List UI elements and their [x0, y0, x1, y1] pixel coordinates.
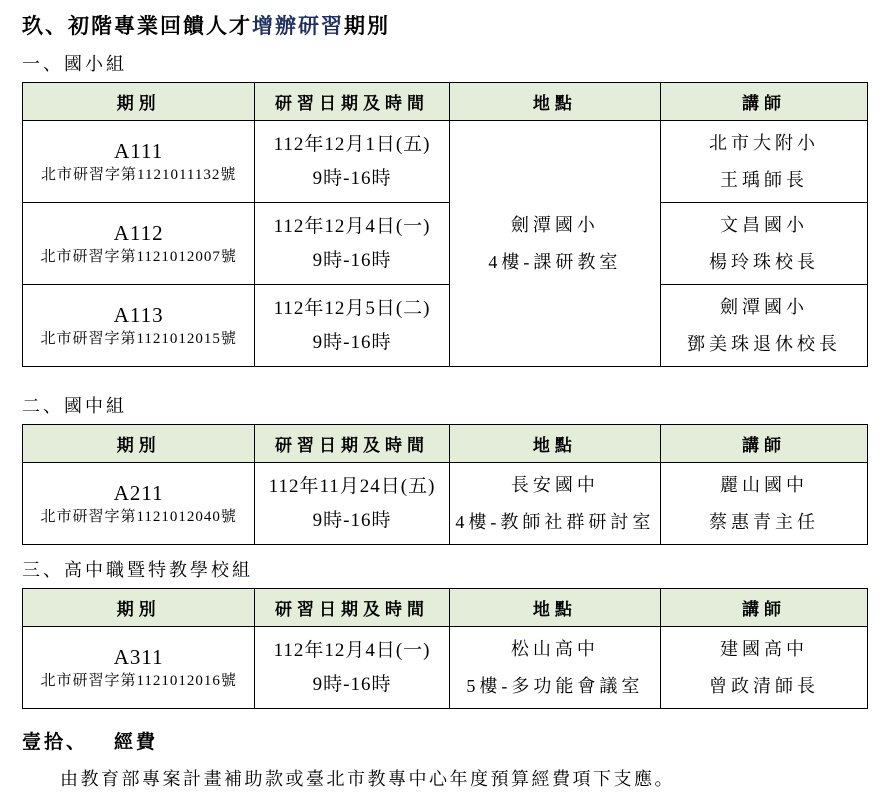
- table-row: A111 北市研習字第1121011132號 112年12月1日(五) 9時-1…: [23, 121, 868, 203]
- col-header-lecturer: 講師: [660, 83, 867, 121]
- datetime-cell: 112年12月1日(五) 9時-16時: [255, 121, 449, 203]
- location-school: 長安國中: [450, 467, 660, 504]
- lecturer-cell: 文昌國小 楊玲珠校長: [660, 203, 867, 285]
- session-code: A113: [23, 302, 254, 328]
- session-time: 9時-16時: [255, 162, 448, 196]
- funding-body-text: 由教育部專案計畫補助款或臺北市教專中心年度預算經費項下支應。: [60, 767, 868, 791]
- session-cert-number: 北市研習字第1121012007號: [23, 246, 254, 268]
- lecturer-cell: 麗山國中 蔡惠青主任: [660, 463, 867, 545]
- title-highlight: 增辦研習: [252, 14, 344, 38]
- location-room: 4樓-教師社群研討室: [450, 504, 660, 541]
- location-school: 劍潭國小: [450, 207, 660, 244]
- lecturer-name: 鄧美珠退休校長: [661, 326, 867, 363]
- col-header-datetime: 研習日期及時間: [255, 589, 449, 627]
- col-header-datetime: 研習日期及時間: [255, 83, 449, 121]
- table-row: A211 北市研習字第1121012040號 112年11月24日(五) 9時-…: [23, 463, 868, 545]
- lecturer-cell: 劍潭國小 鄧美珠退休校長: [660, 285, 867, 367]
- session-date: 112年12月4日(一): [255, 210, 448, 244]
- col-header-lecturer: 講師: [660, 425, 867, 463]
- datetime-cell: 112年12月5日(二) 9時-16時: [255, 285, 449, 367]
- datetime-cell: 112年12月4日(一) 9時-16時: [255, 203, 449, 285]
- session-cert-number: 北市研習字第1121012040號: [23, 506, 254, 528]
- section-heading-junior-high: 二、國中組: [22, 394, 868, 418]
- col-header-datetime: 研習日期及時間: [255, 425, 449, 463]
- session-cell: A112 北市研習字第1121012007號: [23, 203, 255, 285]
- location-school: 松山高中: [450, 631, 660, 668]
- lecturer-name: 蔡惠青主任: [661, 504, 867, 541]
- funding-heading: 壹拾、經費: [22, 730, 868, 756]
- location-cell: 劍潭國小 4樓-課研教室: [449, 121, 660, 367]
- session-time: 9時-16時: [255, 504, 448, 538]
- session-date: 112年12月1日(五): [255, 128, 448, 162]
- location-room: 4樓-課研教室: [450, 244, 660, 281]
- lecturer-name: 楊玲珠校長: [661, 244, 867, 281]
- session-code: A211: [23, 480, 254, 506]
- elementary-schedule-table: 期別 研習日期及時間 地點 講師 A111 北市研習字第1121011132號 …: [22, 82, 868, 367]
- lecturer-cell: 建國高中 曾政清師長: [660, 627, 867, 709]
- session-time: 9時-16時: [255, 244, 448, 278]
- session-cell: A211 北市研習字第1121012040號: [23, 463, 255, 545]
- table-row: A113 北市研習字第1121012015號 112年12月5日(二) 9時-1…: [23, 285, 868, 367]
- session-cert-number: 北市研習字第1121012016號: [23, 670, 254, 692]
- senior-high-schedule-table: 期別 研習日期及時間 地點 講師 A311 北市研習字第1121012016號 …: [22, 588, 868, 709]
- session-cert-number: 北市研習字第1121012015號: [23, 328, 254, 350]
- col-header-session: 期別: [23, 425, 255, 463]
- datetime-cell: 112年12月4日(一) 9時-16時: [255, 627, 449, 709]
- session-date: 112年11月24日(五): [255, 470, 448, 504]
- lecturer-school: 劍潭國小: [661, 289, 867, 326]
- location-room: 5樓-多功能會議室: [450, 668, 660, 705]
- junior-high-schedule-table: 期別 研習日期及時間 地點 講師 A211 北市研習字第1121012040號 …: [22, 424, 868, 545]
- session-code: A311: [23, 644, 254, 670]
- session-code: A111: [23, 138, 254, 164]
- col-header-lecturer: 講師: [660, 589, 867, 627]
- lecturer-school: 文昌國小: [661, 207, 867, 244]
- session-time: 9時-16時: [255, 326, 448, 360]
- session-cert-number: 北市研習字第1121011132號: [23, 164, 254, 186]
- lecturer-cell: 北市大附小 王瑀師長: [660, 121, 867, 203]
- table-row: A112 北市研習字第1121012007號 112年12月4日(一) 9時-1…: [23, 203, 868, 285]
- session-cell: A311 北市研習字第1121012016號: [23, 627, 255, 709]
- page-title: 玖、初階專業回饋人才增辦研習期別: [22, 12, 868, 40]
- col-header-location: 地點: [449, 425, 660, 463]
- session-code: A112: [23, 220, 254, 246]
- col-header-location: 地點: [449, 83, 660, 121]
- table-row: A311 北市研習字第1121012016號 112年12月4日(一) 9時-1…: [23, 627, 868, 709]
- section-heading-elementary: 一、國小組: [22, 52, 868, 76]
- col-header-session: 期別: [23, 83, 255, 121]
- lecturer-school: 建國高中: [661, 631, 867, 668]
- col-header-location: 地點: [449, 589, 660, 627]
- document-page: 玖、初階專業回饋人才增辦研習期別 一、國小組 期別 研習日期及時間 地點 講師 …: [0, 12, 891, 791]
- col-header-session: 期別: [23, 589, 255, 627]
- datetime-cell: 112年11月24日(五) 9時-16時: [255, 463, 449, 545]
- session-cell: A113 北市研習字第1121012015號: [23, 285, 255, 367]
- funding-heading-number: 壹拾、: [22, 732, 88, 753]
- location-cell: 長安國中 4樓-教師社群研討室: [449, 463, 660, 545]
- table-header-row: 期別 研習日期及時間 地點 講師: [23, 83, 868, 121]
- lecturer-name: 王瑀師長: [661, 162, 867, 199]
- lecturer-school: 北市大附小: [661, 125, 867, 162]
- funding-heading-label: 經費: [114, 732, 158, 753]
- section-heading-senior-high: 三、高中職暨特教學校組: [22, 558, 868, 582]
- title-prefix: 玖、初階專業回饋人才: [22, 14, 252, 38]
- session-date: 112年12月5日(二): [255, 292, 448, 326]
- session-time: 9時-16時: [255, 668, 448, 702]
- lecturer-school: 麗山國中: [661, 467, 867, 504]
- table-header-row: 期別 研習日期及時間 地點 講師: [23, 425, 868, 463]
- location-cell: 松山高中 5樓-多功能會議室: [449, 627, 660, 709]
- session-cell: A111 北市研習字第1121011132號: [23, 121, 255, 203]
- lecturer-name: 曾政清師長: [661, 668, 867, 705]
- title-suffix: 期別: [344, 14, 390, 38]
- session-date: 112年12月4日(一): [255, 634, 448, 668]
- table-header-row: 期別 研習日期及時間 地點 講師: [23, 589, 868, 627]
